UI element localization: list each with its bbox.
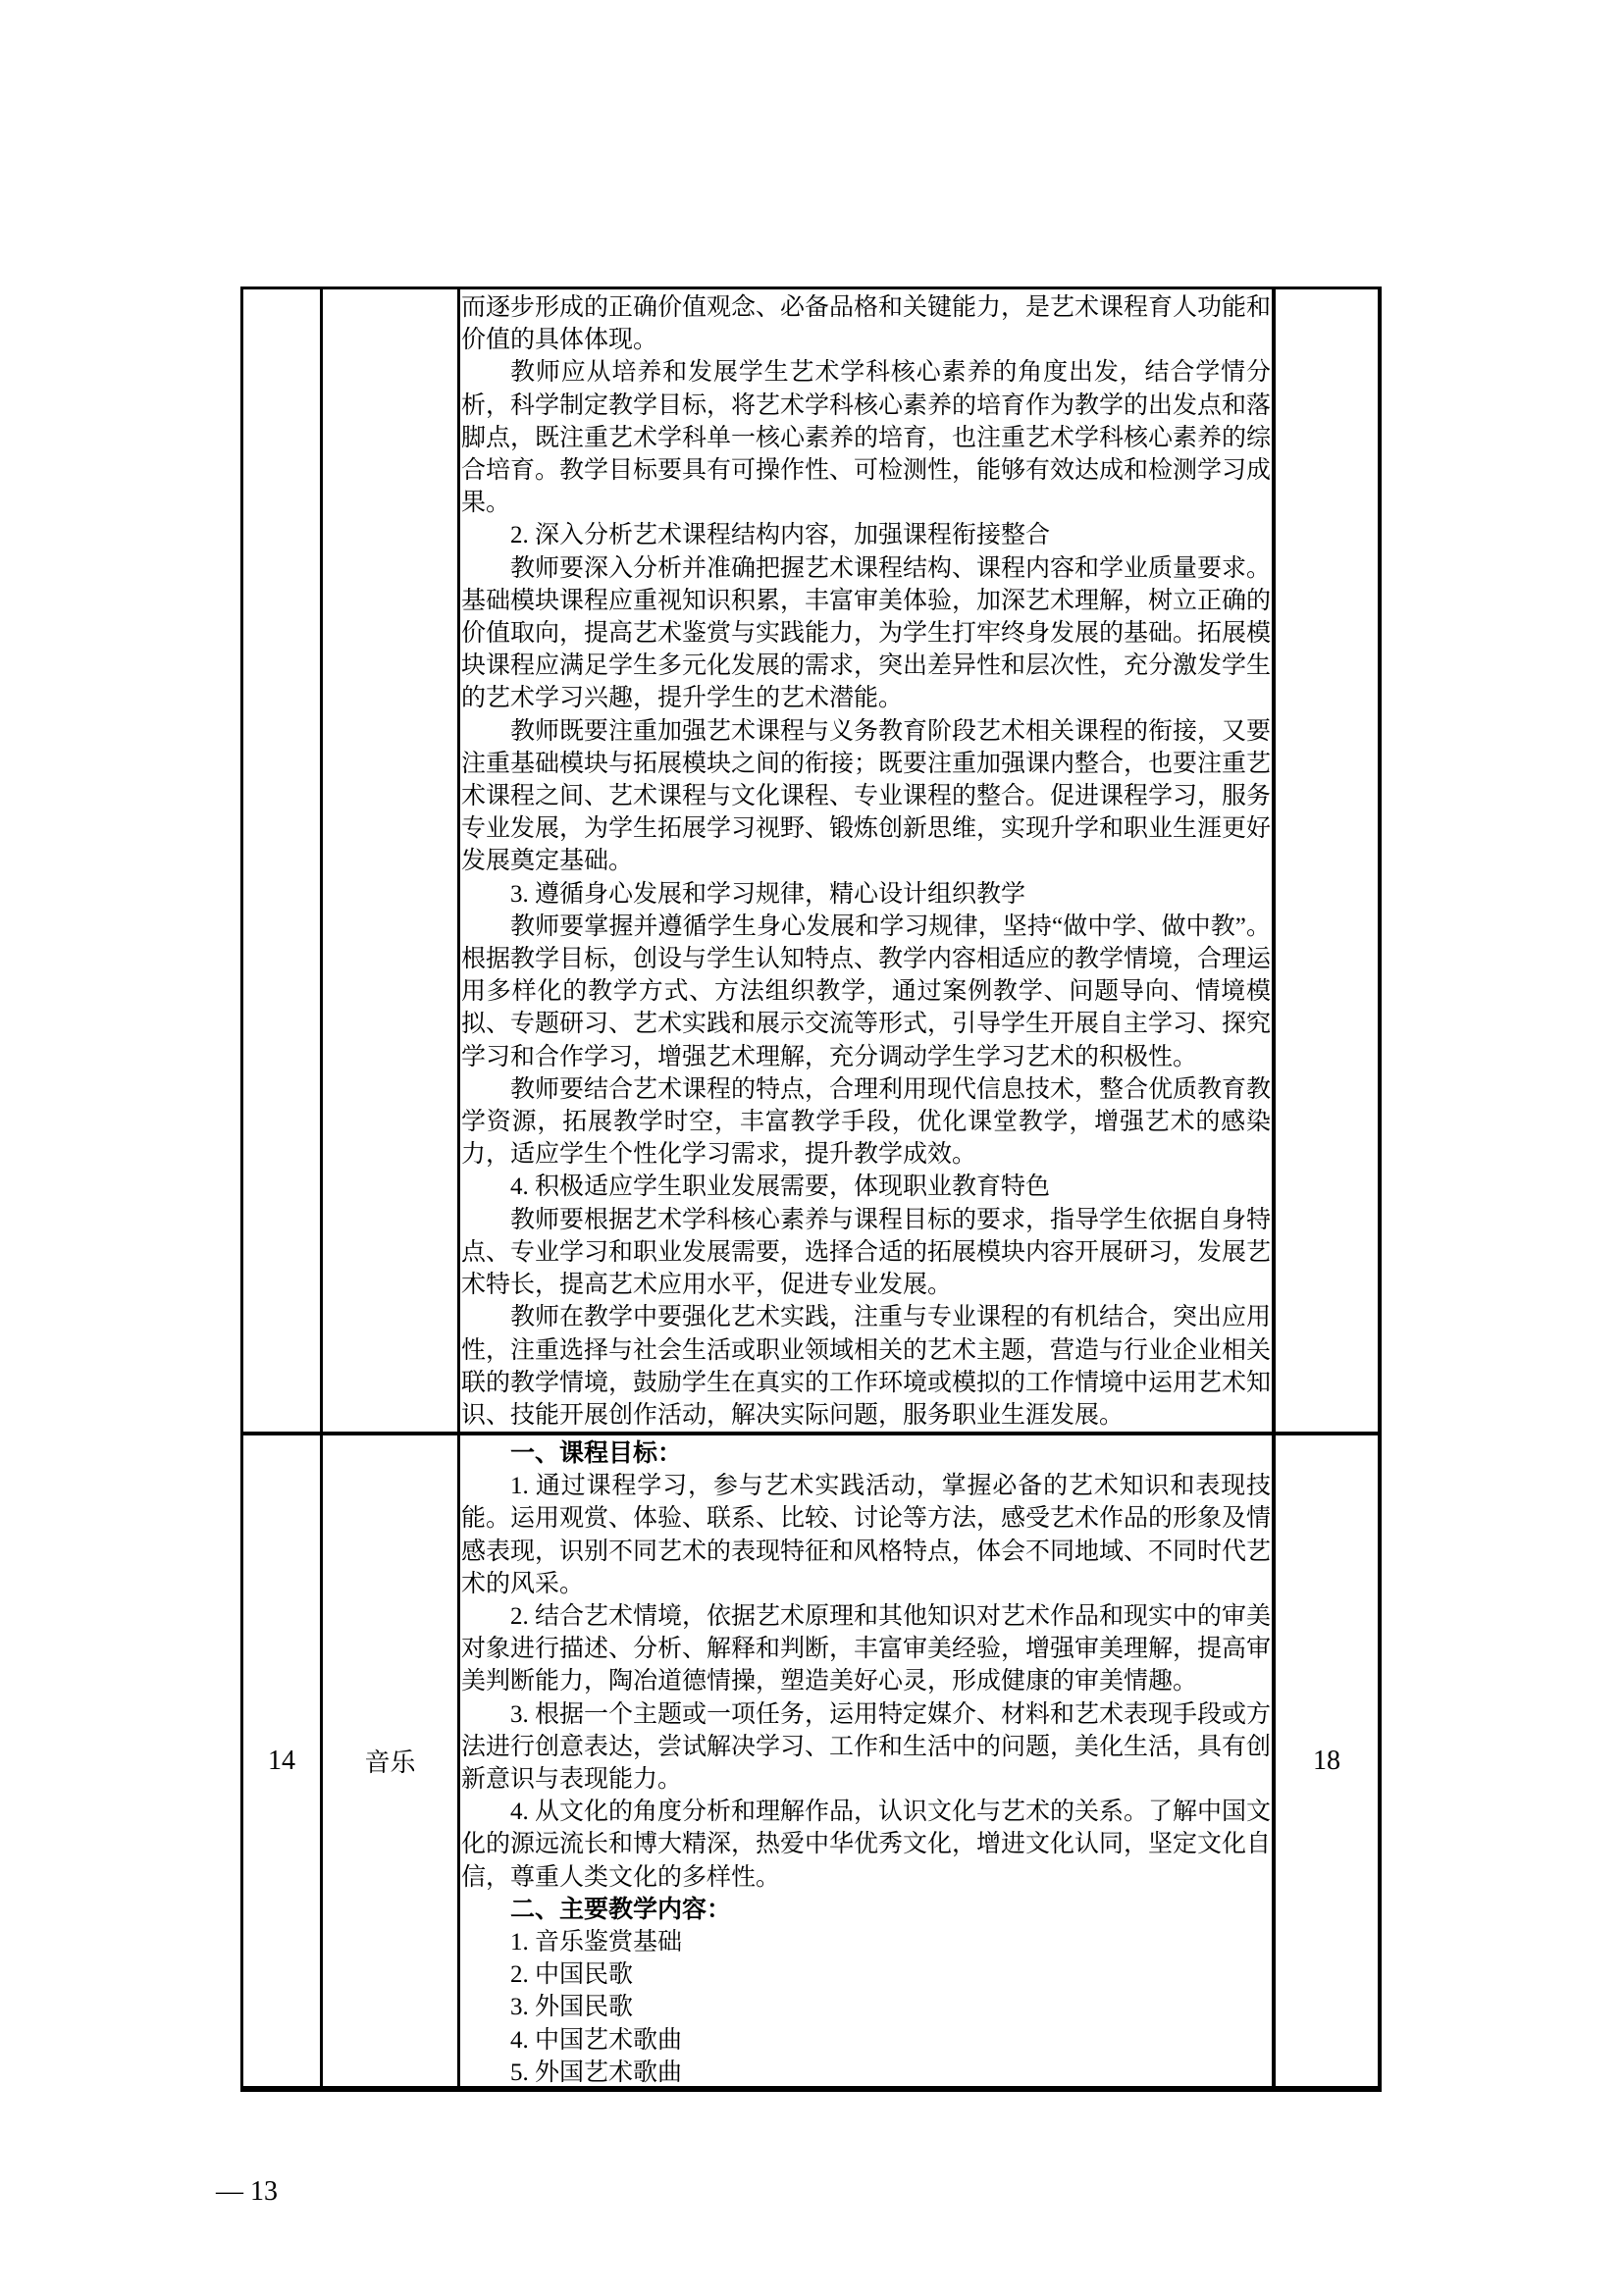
paragraph: 4. 积极适应学生职业发展需要，体现职业教育特色 bbox=[461, 1171, 1271, 1203]
cell-course-number bbox=[243, 289, 323, 1432]
paragraph: 3. 外国民歌 bbox=[461, 1991, 1271, 2023]
paragraph: 一、课程目标： bbox=[461, 1437, 1271, 1470]
cell-course-number: 14 bbox=[243, 1435, 323, 2086]
paragraph: 二、主要教学内容： bbox=[461, 1894, 1271, 1926]
paragraph: 2. 中国民歌 bbox=[461, 1958, 1271, 1991]
paragraph: 教师既要注重加强艺术课程与义务教育阶段艺术相关课程的衔接，又要注重基础模块与拓展… bbox=[461, 715, 1271, 878]
cell-subject-name: 音乐 bbox=[323, 1435, 460, 2086]
page-number: — 13 bbox=[216, 2176, 278, 2208]
curriculum-table: 而逐步形成的正确价值观念、必备品格和关键能力，是艺术课程育人功能和价值的具体体现… bbox=[240, 287, 1382, 2092]
paragraph: 4. 从文化的角度分析和理解作品，认识文化与艺术的关系。了解中国文化的源远流长和… bbox=[461, 1796, 1271, 1894]
paragraph: 2. 深入分析艺术课程结构内容，加强课程衔接整合 bbox=[461, 519, 1271, 551]
paragraph: 教师要根据艺术学科核心素养与课程目标的要求，指导学生依据自身特点、专业学习和职业… bbox=[461, 1204, 1271, 1302]
paragraph: 5. 外国艺术歌曲 bbox=[461, 2057, 1271, 2086]
course-hours: 18 bbox=[1313, 1746, 1340, 1777]
paragraph: 3. 遵循身心发展和学习规律，精心设计组织教学 bbox=[461, 878, 1271, 911]
table-row: 14 音乐 一、课程目标：1. 通过课程学习，参与艺术实践活动，掌握必备的艺术知… bbox=[243, 1435, 1378, 2086]
table-row: 而逐步形成的正确价值观念、必备品格和关键能力，是艺术课程育人功能和价值的具体体现… bbox=[243, 289, 1378, 1435]
cell-course-description: 而逐步形成的正确价值观念、必备品格和关键能力，是艺术课程育人功能和价值的具体体现… bbox=[460, 289, 1276, 1432]
paragraph: 4. 中国艺术歌曲 bbox=[461, 2024, 1271, 2057]
paragraph: 3. 根据一个主题或一项任务，运用特定媒介、材料和艺术表现手段或方法进行创意表达… bbox=[461, 1698, 1271, 1797]
paragraph: 教师在教学中要强化艺术实践，注重与专业课程的有机结合，突出应用性，注重选择与社会… bbox=[461, 1301, 1271, 1432]
cell-course-hours bbox=[1276, 289, 1378, 1432]
course-number: 14 bbox=[268, 1746, 295, 1777]
paragraph: 教师要深入分析并准确把握艺术课程结构、课程内容和学业质量要求。基础模块课程应重视… bbox=[461, 552, 1271, 715]
paragraph: 2. 结合艺术情境，依据艺术原理和其他知识对艺术作品和现实中的审美对象进行描述、… bbox=[461, 1600, 1271, 1698]
cell-subject-name bbox=[323, 289, 460, 1432]
subject-name: 音乐 bbox=[364, 1743, 415, 1779]
paragraph: 1. 音乐鉴赏基础 bbox=[461, 1926, 1271, 1958]
paragraph: 1. 通过课程学习，参与艺术实践活动，掌握必备的艺术知识和表现技能。运用观赏、体… bbox=[461, 1470, 1271, 1600]
cell-course-description: 一、课程目标：1. 通过课程学习，参与艺术实践活动，掌握必备的艺术知识和表现技能… bbox=[460, 1435, 1276, 2086]
paragraph: 教师应从培养和发展学生艺术学科核心素养的角度出发，结合学情分析，科学制定教学目标… bbox=[461, 356, 1271, 519]
paragraph: 教师要掌握并遵循学生身心发展和学习规律，坚持“做中学、做中教”。根据教学目标，创… bbox=[461, 911, 1271, 1073]
paragraph: 而逐步形成的正确价值观念、必备品格和关键能力，是艺术课程育人功能和价值的具体体现… bbox=[461, 291, 1271, 356]
cell-course-hours: 18 bbox=[1276, 1435, 1378, 2086]
paragraph: 教师要结合艺术课程的特点，合理利用现代信息技术，整合优质教育教学资源，拓展教学时… bbox=[461, 1073, 1271, 1172]
